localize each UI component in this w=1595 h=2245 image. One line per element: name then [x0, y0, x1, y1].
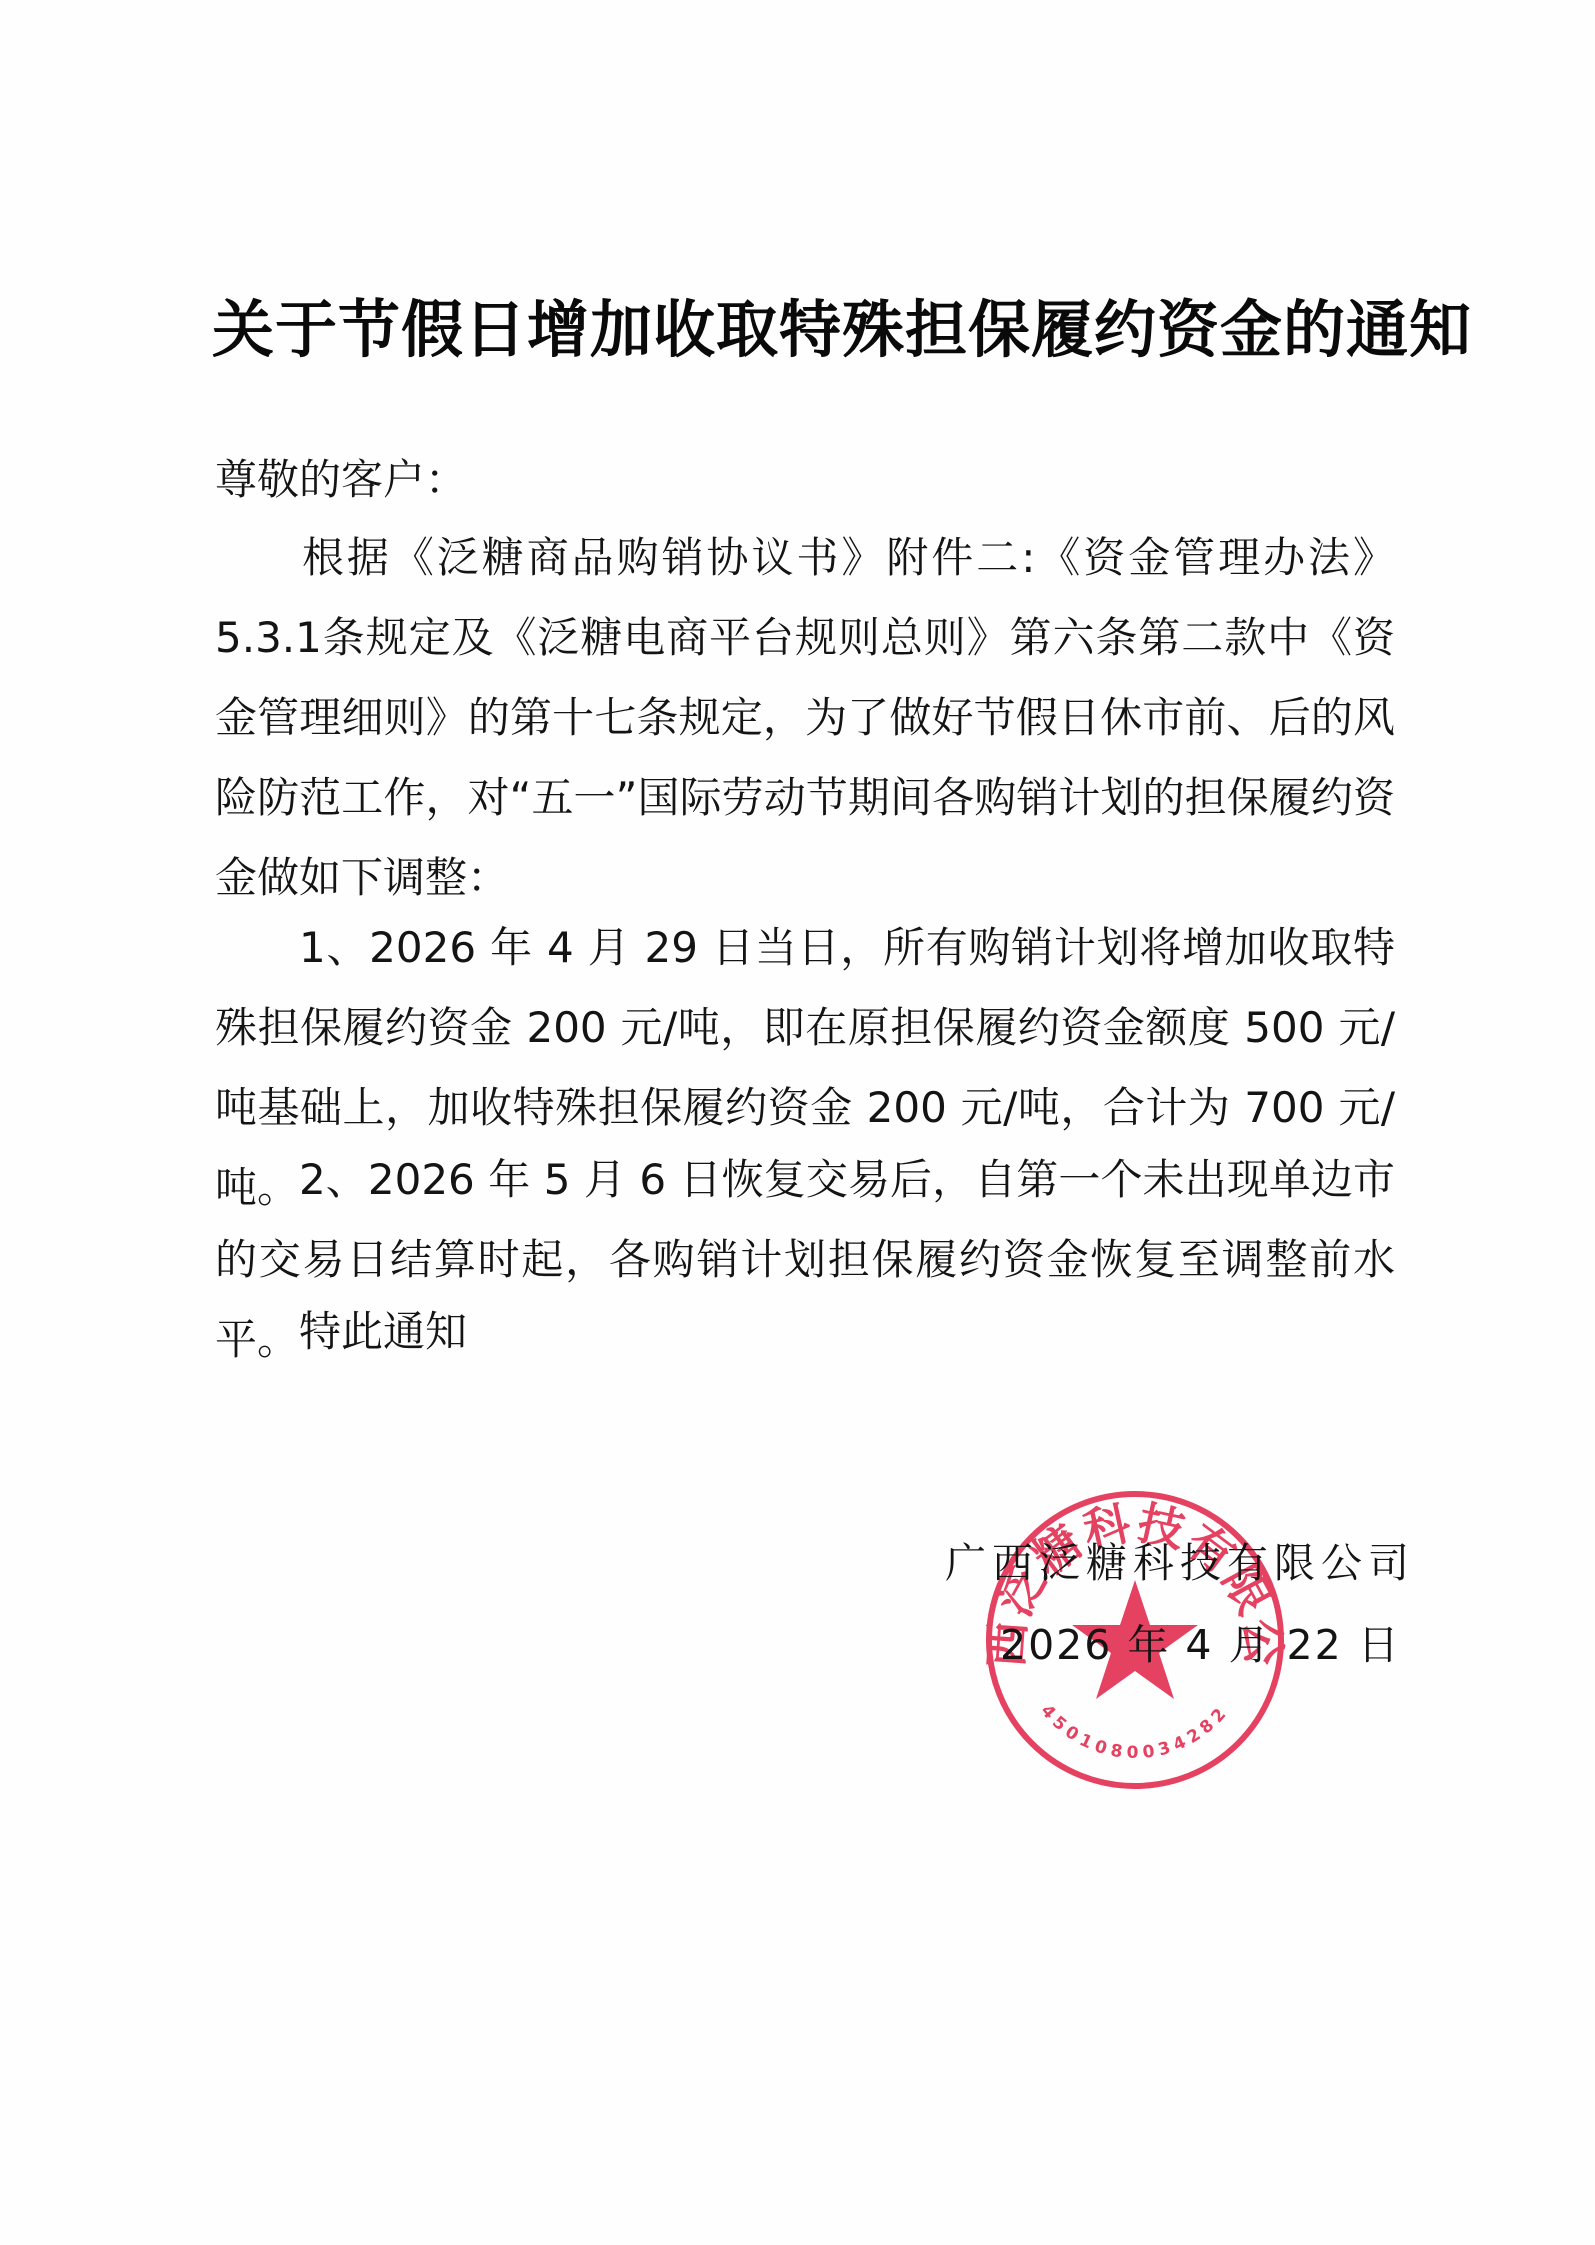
document-title: 关于节假日增加收取特殊担保履约资金的通知 [212, 290, 1392, 370]
signature-date: 2026 年 4 月 22 日 [1000, 1605, 1401, 1685]
document-page: 关于节假日增加收取特殊担保履约资金的通知 尊敬的客户： 根据《泛糖商品购销协议书… [0, 0, 1595, 2245]
salutation: 尊敬的客户： [215, 440, 467, 520]
seal-code: 4501080034282 [1036, 1701, 1233, 1763]
svg-text:4501080034282: 4501080034282 [1036, 1701, 1233, 1763]
intro-paragraph: 根据《泛糖商品购销协议书》附件二:《资金管理办法》5.3.1条规定及《泛糖电商平… [215, 518, 1395, 918]
closing-text: 特此通知 [299, 1292, 467, 1372]
intro-paragraph-text: 根据《泛糖商品购销协议书》附件二:《资金管理办法》5.3.1条规定及《泛糖电商平… [215, 533, 1395, 902]
signature-company: 广西泛糖科技有限公司 [945, 1523, 1415, 1603]
